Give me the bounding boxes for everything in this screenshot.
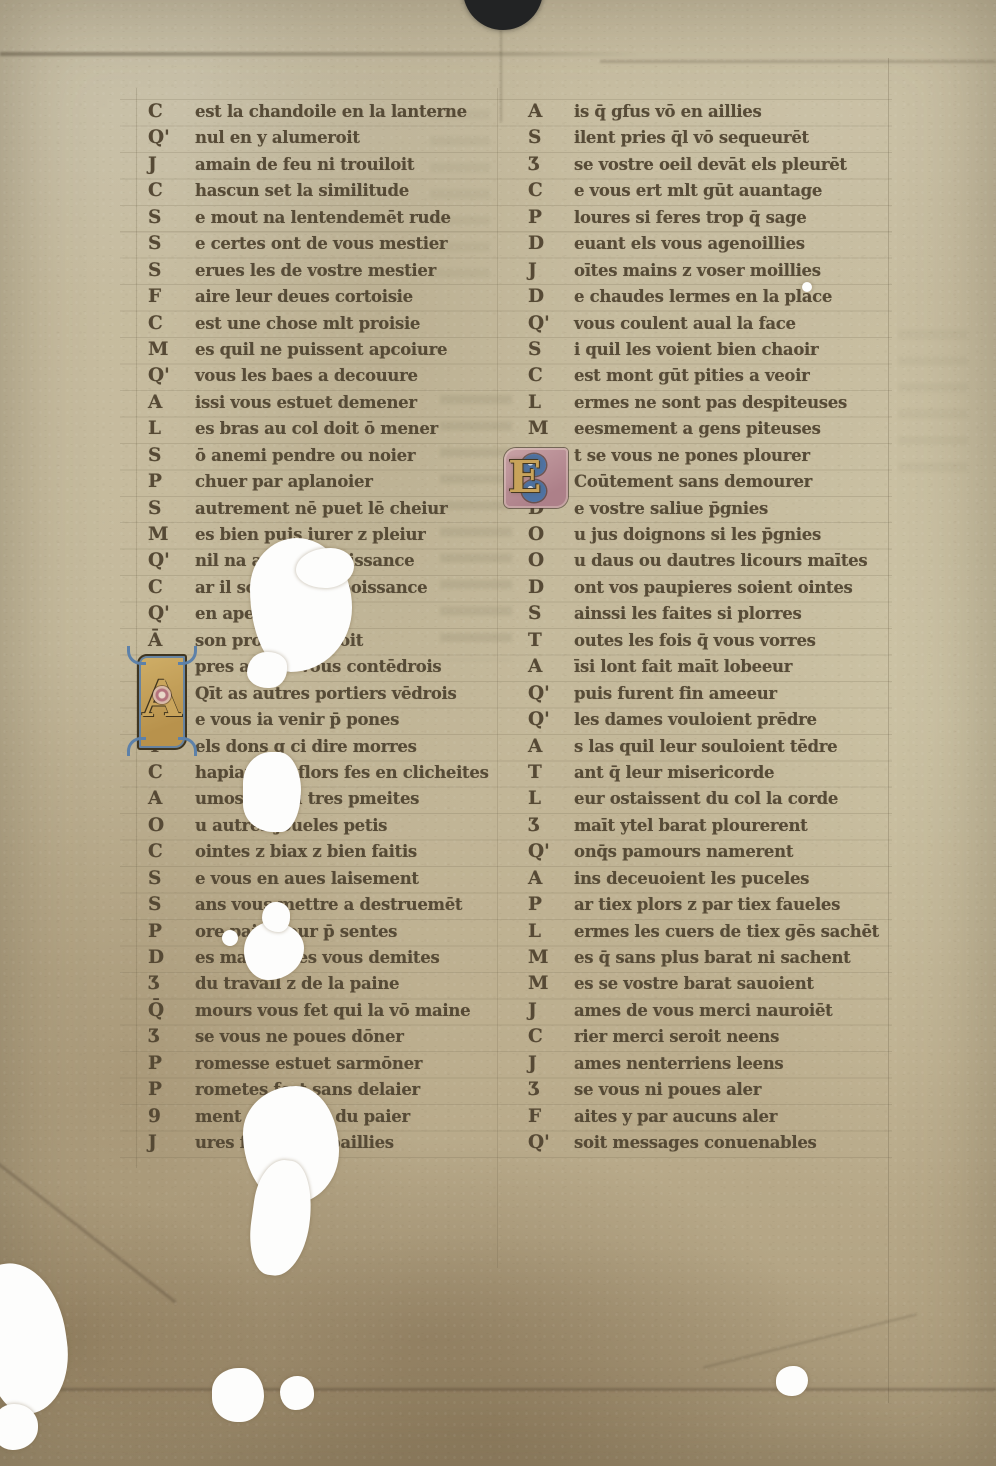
- manuscript-line: Promesse estuet sarmōner: [148, 1051, 493, 1077]
- verse-initial: [528, 469, 574, 495]
- manuscript-line: Tant q̄ leur misericorde: [528, 760, 896, 786]
- verse-text: els dons q ci dire morres: [195, 734, 417, 760]
- verse-text: aites y par aucuns aler: [574, 1104, 777, 1130]
- manuscript-line: Ʒmaīt ytel barat plourerent: [528, 813, 896, 839]
- verse-initial: C: [148, 178, 195, 204]
- manuscript-line: Ou autres joueles petis: [148, 813, 493, 839]
- verse-initial: S: [528, 337, 574, 363]
- verse-initial: O: [528, 548, 574, 574]
- manuscript-line: Ce vous ert mlt gūt auantage: [528, 178, 896, 204]
- manuscript-line: Lermes ne sont pas despiteuses: [528, 390, 896, 416]
- manuscript-line: Chascun set la similitude: [148, 178, 493, 204]
- manuscript-line: Tels dons q ci dire morres: [148, 734, 493, 760]
- verse-text: ins deceuoient les puceles: [574, 866, 809, 892]
- damage-hole: [280, 1376, 314, 1410]
- manuscript-line: Lermes les cuers de tiex gēs sachēt: [528, 919, 896, 945]
- verse-initial: F: [528, 1104, 574, 1130]
- verse-initial: A: [528, 654, 574, 680]
- manuscript-line: Mes q̄ sans plus barat ni sachent: [528, 945, 896, 971]
- verse-text: mours vous fet qui la vō maine: [195, 998, 470, 1024]
- verse-text: Qīt as autres portiers vēdrois: [195, 681, 457, 707]
- verse-text: eesmement a gens piteuses: [574, 416, 821, 442]
- verse-initial: Q̄: [148, 998, 195, 1024]
- manuscript-line: Se certes ont de vous mestier: [148, 231, 493, 257]
- verse-initial: Q': [528, 311, 574, 337]
- damage-hole: [247, 652, 287, 688]
- manuscript-line: t se vous ne pones plourer: [528, 443, 896, 469]
- verse-text: est mont gūt pities a veoir: [574, 363, 810, 389]
- verse-initial: Ā: [148, 628, 195, 654]
- verse-text: u daus ou dautres licours maītes: [574, 548, 867, 574]
- verse-text: es mais apres vous demites: [195, 945, 439, 971]
- manuscript-line: Joītes mains z voser moillies: [528, 258, 896, 284]
- verse-text: issi vous estuet demener: [195, 390, 417, 416]
- verse-text: s las quil leur souloient tēdre: [574, 734, 837, 760]
- verse-text: hascun set la similitude: [195, 178, 409, 204]
- manuscript-line: Serues les de vostre mestier: [148, 258, 493, 284]
- verse-initial: C: [528, 178, 574, 204]
- verse-text: u jus doignons si les p̄gnies: [574, 522, 821, 548]
- verse-initial: Ʒ: [148, 1024, 195, 1050]
- verse-initial: P: [148, 1051, 195, 1077]
- verse-text: se vostre oeil devāt els pleurēt: [574, 152, 847, 178]
- verse-text: euant els vous agenoillies: [574, 231, 805, 257]
- verse-initial: [528, 443, 574, 469]
- verse-text: e vostre saliue p̄gnies: [574, 496, 768, 522]
- verse-initial: L: [528, 786, 574, 812]
- manuscript-line: Pore paier leur p̄ sentes: [148, 919, 493, 945]
- verse-text: ō anemi pendre ou noier: [195, 443, 415, 469]
- verse-initial: J: [528, 998, 574, 1024]
- manuscript-line: Ʒdu travail z de la paine: [148, 971, 493, 997]
- manuscript-line: Aīsi lont fait maīt lobeeur: [528, 654, 896, 680]
- manuscript-line: Cest mont gūt pities a veoir: [528, 363, 896, 389]
- verse-initial: M: [528, 945, 574, 971]
- verse-initial: M: [148, 337, 195, 363]
- verse-text: ans vous mettre a destruemēt: [195, 892, 462, 918]
- damage-hole: [776, 1366, 808, 1396]
- verse-text: e vous ert mlt gūt auantage: [574, 178, 822, 204]
- damage-hole: [222, 930, 238, 946]
- manuscript-line: Q'puis furent fin ameeur: [528, 681, 896, 707]
- verse-text: romesse estuet sarmōner: [195, 1051, 422, 1077]
- verse-initial: Q': [528, 707, 574, 733]
- verse-text: outes les fois q̄ vous vorres: [574, 628, 816, 654]
- verse-text: puis furent fin ameeur: [574, 681, 777, 707]
- verse-initial: Q': [528, 681, 574, 707]
- manuscript-line: Crier merci seroit neens: [528, 1024, 896, 1050]
- verse-text: ames de vous merci nauroiēt: [574, 998, 832, 1024]
- verse-text: ont vos paupieres soient ointes: [574, 575, 853, 601]
- verse-initial: D: [528, 575, 574, 601]
- verse-initial: Q': [528, 839, 574, 865]
- verse-text: es se vostre barat sauoient: [574, 971, 814, 997]
- verse-text: erues les de vostre mestier: [195, 258, 436, 284]
- manuscript-line: Mes quil ne puissent apcoiure: [148, 337, 493, 363]
- damage-hole: [262, 902, 290, 932]
- manuscript-line: Ʒse vous ne poues dōner: [148, 1024, 493, 1050]
- manuscript-line: Cest la chandoile en la lanterne: [148, 99, 493, 125]
- manuscript-line: Les bras au col doit ō mener: [148, 416, 493, 442]
- verse-initial: S: [528, 125, 574, 151]
- manuscript-line: Q'nul en y alumeroit: [148, 125, 493, 151]
- crease-line: [500, 30, 502, 122]
- verse-text: ermes ne sont pas despiteuses: [574, 390, 847, 416]
- verse-initial: Ʒ: [528, 1077, 574, 1103]
- verse-text: ames nenterriens leens: [574, 1051, 783, 1077]
- verse-initial: S: [148, 231, 195, 257]
- verse-initial: A: [528, 866, 574, 892]
- manuscript-line: De vostre saliue p̄gnies: [528, 496, 896, 522]
- verse-initial: A: [148, 390, 195, 416]
- verse-initial: O: [528, 522, 574, 548]
- verse-text: es bras au col doit ō mener: [195, 416, 438, 442]
- verse-text: ilent pries q̄l vō sequeurēt: [574, 125, 809, 151]
- manuscript-line: Dont vos paupieres soient ointes: [528, 575, 896, 601]
- verse-initial: A: [528, 734, 574, 760]
- verse-text: est une chose mlt proisie: [195, 311, 420, 337]
- verse-initial: J: [528, 258, 574, 284]
- verse-text: autrement nē puet lē cheiur: [195, 496, 447, 522]
- verse-text: vous les baes a decouure: [195, 363, 418, 389]
- verse-initial: S: [148, 496, 195, 522]
- manuscript-line: Silent pries q̄l vō sequeurēt: [528, 125, 896, 151]
- verse-initial: J: [148, 152, 195, 178]
- verse-initial: Q': [148, 601, 195, 627]
- verse-text: du travail z de la paine: [195, 971, 399, 997]
- verse-text: e vous en aues laisement: [195, 866, 419, 892]
- verse-initial: D: [528, 284, 574, 310]
- verse-initial: M: [148, 522, 195, 548]
- verse-initial: D: [148, 945, 195, 971]
- verse-initial: Q': [148, 125, 195, 151]
- verse-initial: J: [528, 1051, 574, 1077]
- manuscript-line: Leur ostaissent du col la corde: [528, 786, 896, 812]
- verse-text: vous coulent aual la face: [574, 311, 796, 337]
- manuscript-line: Par tiex plors z par tiex faueles: [528, 892, 896, 918]
- verse-initial: O: [148, 813, 195, 839]
- manuscript-line: James nenterriens leens: [528, 1051, 896, 1077]
- verse-initial: M: [528, 971, 574, 997]
- bleed-through-text: [898, 330, 968, 480]
- manuscript-line: Chapiaus de flors fes en clicheites: [148, 760, 493, 786]
- manuscript-line: Pchuer par aplanoier: [148, 469, 493, 495]
- manuscript-line: Ou jus doignons si les p̄gnies: [528, 522, 896, 548]
- verse-text: e certes ont de vous mestier: [195, 231, 447, 257]
- verse-text: nul en y alumeroit: [195, 125, 360, 151]
- manuscript-line: Deuant els vous agenoillies: [528, 231, 896, 257]
- verse-text: est la chandoile en la lanterne: [195, 99, 467, 125]
- verse-initial: P: [148, 469, 195, 495]
- verse-text: hapiaus de flors fes en clicheites: [195, 760, 489, 786]
- crease-line: [0, 52, 640, 56]
- verse-initial: Ʒ: [528, 813, 574, 839]
- verse-text: e vous ia venir p̄ pones: [195, 707, 399, 733]
- manuscript-line: Ou daus ou dautres licours maītes: [528, 548, 896, 574]
- manuscript-page: Cest la chandoile en la lanterneQ'nul en…: [0, 0, 996, 1466]
- verse-text: ointes z biax z bien faitis: [195, 839, 417, 865]
- verse-text: ant q̄ leur misericorde: [574, 760, 774, 786]
- damage-hole: [212, 1368, 264, 1422]
- manuscript-line: Q̄mours vous fet qui la vō maine: [148, 998, 493, 1024]
- verse-text: i quil les voient bien chaoir: [574, 337, 818, 363]
- manuscript-line: Ploures si feres trop q̄ sage: [528, 205, 896, 231]
- verse-initial: D: [528, 496, 574, 522]
- verse-initial: C: [148, 760, 195, 786]
- verse-initial: [148, 654, 195, 680]
- manuscript-line: Jamain de feu ni trouiloit: [148, 152, 493, 178]
- verse-initial: T: [528, 628, 574, 654]
- verse-text: e chaudes lermes en la place: [574, 284, 832, 310]
- verse-initial: S: [148, 707, 195, 733]
- verse-initial: C: [528, 363, 574, 389]
- manuscript-line: Qīt as autres portiers vēdrois: [148, 681, 493, 707]
- manuscript-line: Se vous en aues laisement: [148, 866, 493, 892]
- manuscript-line: Faites y par aucuns aler: [528, 1104, 896, 1130]
- verse-text: ermes les cuers de tiex gēs sachēt: [574, 919, 879, 945]
- manuscript-line: Q'onq̄s pamours namerent: [528, 839, 896, 865]
- verse-text: is q̄ gfus vō en aillies: [574, 99, 761, 125]
- verse-text: īsi lont fait maīt lobeeur: [574, 654, 792, 680]
- verse-text: t se vous ne pones plourer: [574, 443, 810, 469]
- initial-a-flourish: [127, 737, 146, 756]
- verse-initial: D: [528, 231, 574, 257]
- damage-hole: [0, 1257, 76, 1419]
- manuscript-line: Faire leur deues cortoisie: [148, 284, 493, 310]
- crease-line: [703, 1313, 917, 1368]
- manuscript-line: Ains deceuoient les puceles: [528, 866, 896, 892]
- manuscript-line: Ʒse vous ni poues aler: [528, 1077, 896, 1103]
- verse-text: e mout na lentendemēt rude: [195, 205, 451, 231]
- verse-text: umosnes ou tres pmeites: [195, 786, 419, 812]
- manuscript-line: Cest une chose mlt proisie: [148, 311, 493, 337]
- manuscript-line: Des mais apres vous demites: [148, 945, 493, 971]
- verse-text: aire leur deues cortoisie: [195, 284, 413, 310]
- verse-text: ainssi les faites si plorres: [574, 601, 801, 627]
- verse-text: onq̄s pamours namerent: [574, 839, 793, 865]
- verse-initial: P: [528, 892, 574, 918]
- text-column-right: Ais q̄ gfus vō en ailliesSilent pries q̄…: [528, 99, 896, 1157]
- verse-initial: T: [148, 734, 195, 760]
- verse-text: ar tiex plors z par tiex faueles: [574, 892, 840, 918]
- verse-text: se vous ne poues dōner: [195, 1024, 404, 1050]
- verse-text: es q̄ sans plus barat ni sachent: [574, 945, 851, 971]
- damage-hole: [0, 1404, 38, 1450]
- verse-text: es quil ne puissent apcoiure: [195, 337, 447, 363]
- manuscript-line: Sans vous mettre a destruemēt: [148, 892, 493, 918]
- verse-initial: L: [528, 390, 574, 416]
- verse-initial: Q': [528, 1130, 574, 1156]
- manuscript-line: De chaudes lermes en la place: [528, 284, 896, 310]
- crease-line: [0, 1388, 996, 1391]
- verse-text: soit messages conuenables: [574, 1130, 817, 1156]
- verse-initial: F: [148, 284, 195, 310]
- manuscript-line: Sō anemi pendre ou noier: [148, 443, 493, 469]
- manuscript-line: Q'vous les baes a decouure: [148, 363, 493, 389]
- initial-a-flourish: [127, 646, 146, 665]
- verse-initial: P: [148, 1077, 195, 1103]
- verse-initial: S: [148, 443, 195, 469]
- verse-initial: A: [148, 786, 195, 812]
- ruling-line-vertical-left: [136, 88, 137, 1168]
- verse-initial: C: [148, 99, 195, 125]
- manuscript-line: Ais q̄ gfus vō en aillies: [528, 99, 896, 125]
- manuscript-line: Se mout na lentendemēt rude: [148, 205, 493, 231]
- verse-initial: J: [148, 1130, 195, 1156]
- verse-initial: S: [148, 258, 195, 284]
- ruling-line-vertical-center: [497, 88, 498, 1268]
- manuscript-line: Cointes z biax z bien faitis: [148, 839, 493, 865]
- verse-initial: C: [528, 1024, 574, 1050]
- crease-line: [600, 60, 996, 63]
- verse-text: se vous ni poues aler: [574, 1077, 761, 1103]
- manuscript-line: As las quil leur souloient tēdre: [528, 734, 896, 760]
- verse-text: Coūtement sans demourer: [574, 469, 812, 495]
- verse-initial: S: [148, 866, 195, 892]
- verse-initial: A: [528, 99, 574, 125]
- manuscript-line: Coūtement sans demourer: [528, 469, 896, 495]
- verse-text: eur ostaissent du col la corde: [574, 786, 838, 812]
- verse-initial: Ʒ: [148, 971, 195, 997]
- verse-initial: S: [148, 205, 195, 231]
- verse-initial: P: [148, 919, 195, 945]
- manuscript-line: James de vous merci nauroiēt: [528, 998, 896, 1024]
- verse-initial: S: [148, 892, 195, 918]
- verse-initial: Q': [148, 363, 195, 389]
- verse-text: chuer par aplanoier: [195, 469, 373, 495]
- verse-initial: S: [528, 601, 574, 627]
- manuscript-line: Q'les dames vouloient prēdre: [528, 707, 896, 733]
- manuscript-line: Aissi vous estuet demener: [148, 390, 493, 416]
- verse-initial: M: [528, 416, 574, 442]
- manuscript-line: Meesmement a gens piteuses: [528, 416, 896, 442]
- verse-text: rier merci seroit neens: [574, 1024, 779, 1050]
- verse-initial: L: [148, 416, 195, 442]
- manuscript-line: Toutes les fois q̄ vous vorres: [528, 628, 896, 654]
- verse-text: les dames vouloient prēdre: [574, 707, 817, 733]
- verse-text: maīt ytel barat plourerent: [574, 813, 808, 839]
- manuscript-line: Q'vous coulent aual la face: [528, 311, 896, 337]
- verse-initial: C: [148, 839, 195, 865]
- verse-text: oītes mains z voser moillies: [574, 258, 821, 284]
- damage-hole: [243, 752, 301, 832]
- manuscript-line: Se vous ia venir p̄ pones: [148, 707, 493, 733]
- manuscript-line: Si quil les voient bien chaoir: [528, 337, 896, 363]
- verse-initial: L: [528, 919, 574, 945]
- manuscript-line: Mes se vostre barat sauoient: [528, 971, 896, 997]
- verse-initial: T: [528, 760, 574, 786]
- manuscript-line: Ʒse vostre oeil devāt els pleurēt: [528, 152, 896, 178]
- verse-initial: [148, 681, 195, 707]
- manuscript-line: Sautrement nē puet lē cheiur: [148, 496, 493, 522]
- verse-initial: 9: [148, 1104, 195, 1130]
- damage-hole: [802, 282, 812, 292]
- manuscript-line: Aumosnes ou tres pmeites: [148, 786, 493, 812]
- manuscript-line: Sainssi les faites si plorres: [528, 601, 896, 627]
- manuscript-line: Q'soit messages conuenables: [528, 1130, 896, 1156]
- verse-initial: Ʒ: [528, 152, 574, 178]
- verse-text: amain de feu ni trouiloit: [195, 152, 414, 178]
- punch-hole: [463, 0, 543, 30]
- verse-text: loures si feres trop q̄ sage: [574, 205, 806, 231]
- verse-initial: P: [528, 205, 574, 231]
- verse-initial: Q': [148, 548, 195, 574]
- verse-initial: C: [148, 575, 195, 601]
- verse-initial: C: [148, 311, 195, 337]
